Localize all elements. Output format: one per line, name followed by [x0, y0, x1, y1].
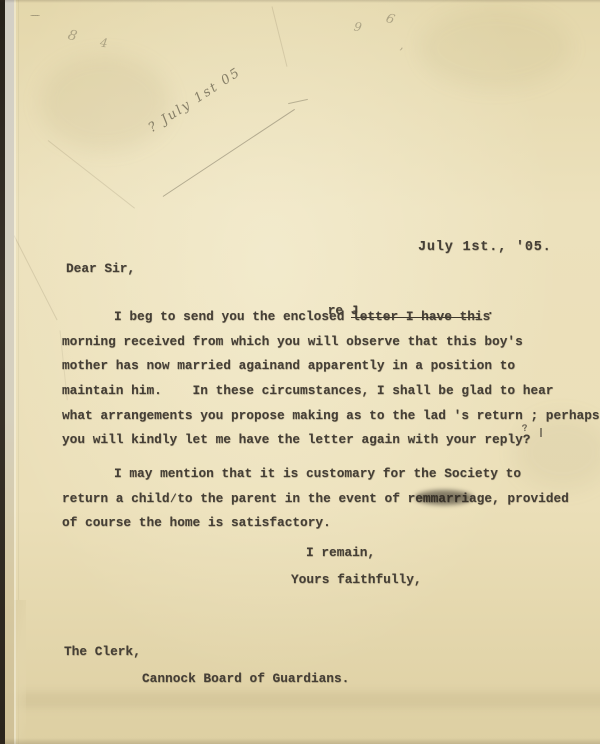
pencil-mark: 4 [99, 36, 109, 51]
scanned-letter-page: ---- 8 4 9 6 , ? July 1st 05 July 1st., … [0, 0, 600, 744]
closing-yours-faithfully: Yours faithfully, [291, 572, 422, 587]
body-line: of course the home is satisfactory. [62, 511, 569, 536]
paper-stain [40, 55, 170, 150]
pencil-mark: 8 [66, 27, 79, 45]
recipient-board: Cannock Board of Guardians. [142, 671, 349, 686]
paper-crease-band [0, 692, 600, 708]
body-line: maintain him. In these circumstances, I … [62, 379, 600, 404]
body-line: what arrangements you propose making as … [62, 404, 600, 429]
pencil-mark: 6 [384, 11, 397, 28]
recipient-clerk: The Clerk, [64, 644, 141, 659]
pencil-mark: , [399, 38, 404, 52]
paper-edge-highlight [14, 0, 16, 744]
pencil-mark: ---- [30, 8, 38, 22]
body-line: mother has now married againand apparent… [62, 354, 600, 379]
paper-stain [420, 8, 570, 88]
scan-edge-light [5, 0, 14, 744]
overstrike-stroke [540, 428, 542, 437]
date-line: July 1st., '05. [418, 240, 552, 255]
handwritten-date-note: ? July 1st 05 [146, 36, 288, 136]
body-line: return a child⁄to the parent in the even… [62, 487, 569, 512]
body-line: I beg to send you the enclosed letter I … [62, 305, 600, 330]
scan-edge-bottom [0, 738, 600, 744]
body-paragraph-1: I beg to send you the enclosed letter I … [62, 305, 600, 453]
body-line: you will kindly let me have the letter a… [62, 428, 600, 453]
ink-smudge [415, 490, 473, 505]
body-paragraph-2: I may mention that it is customary for t… [62, 462, 569, 536]
paper-crease [48, 140, 135, 209]
pencil-underline-stroke [163, 109, 295, 197]
paper-crease [14, 235, 58, 320]
body-line: I may mention that it is customary for t… [62, 462, 569, 487]
body-line: morning received from which you will obs… [62, 330, 600, 355]
scan-edge-top [0, 0, 600, 3]
pencil-dash [288, 99, 308, 104]
salutation: Dear Sir, [66, 261, 135, 276]
pencil-mark: 9 [353, 19, 363, 34]
closing-i-remain: I remain, [306, 545, 375, 560]
